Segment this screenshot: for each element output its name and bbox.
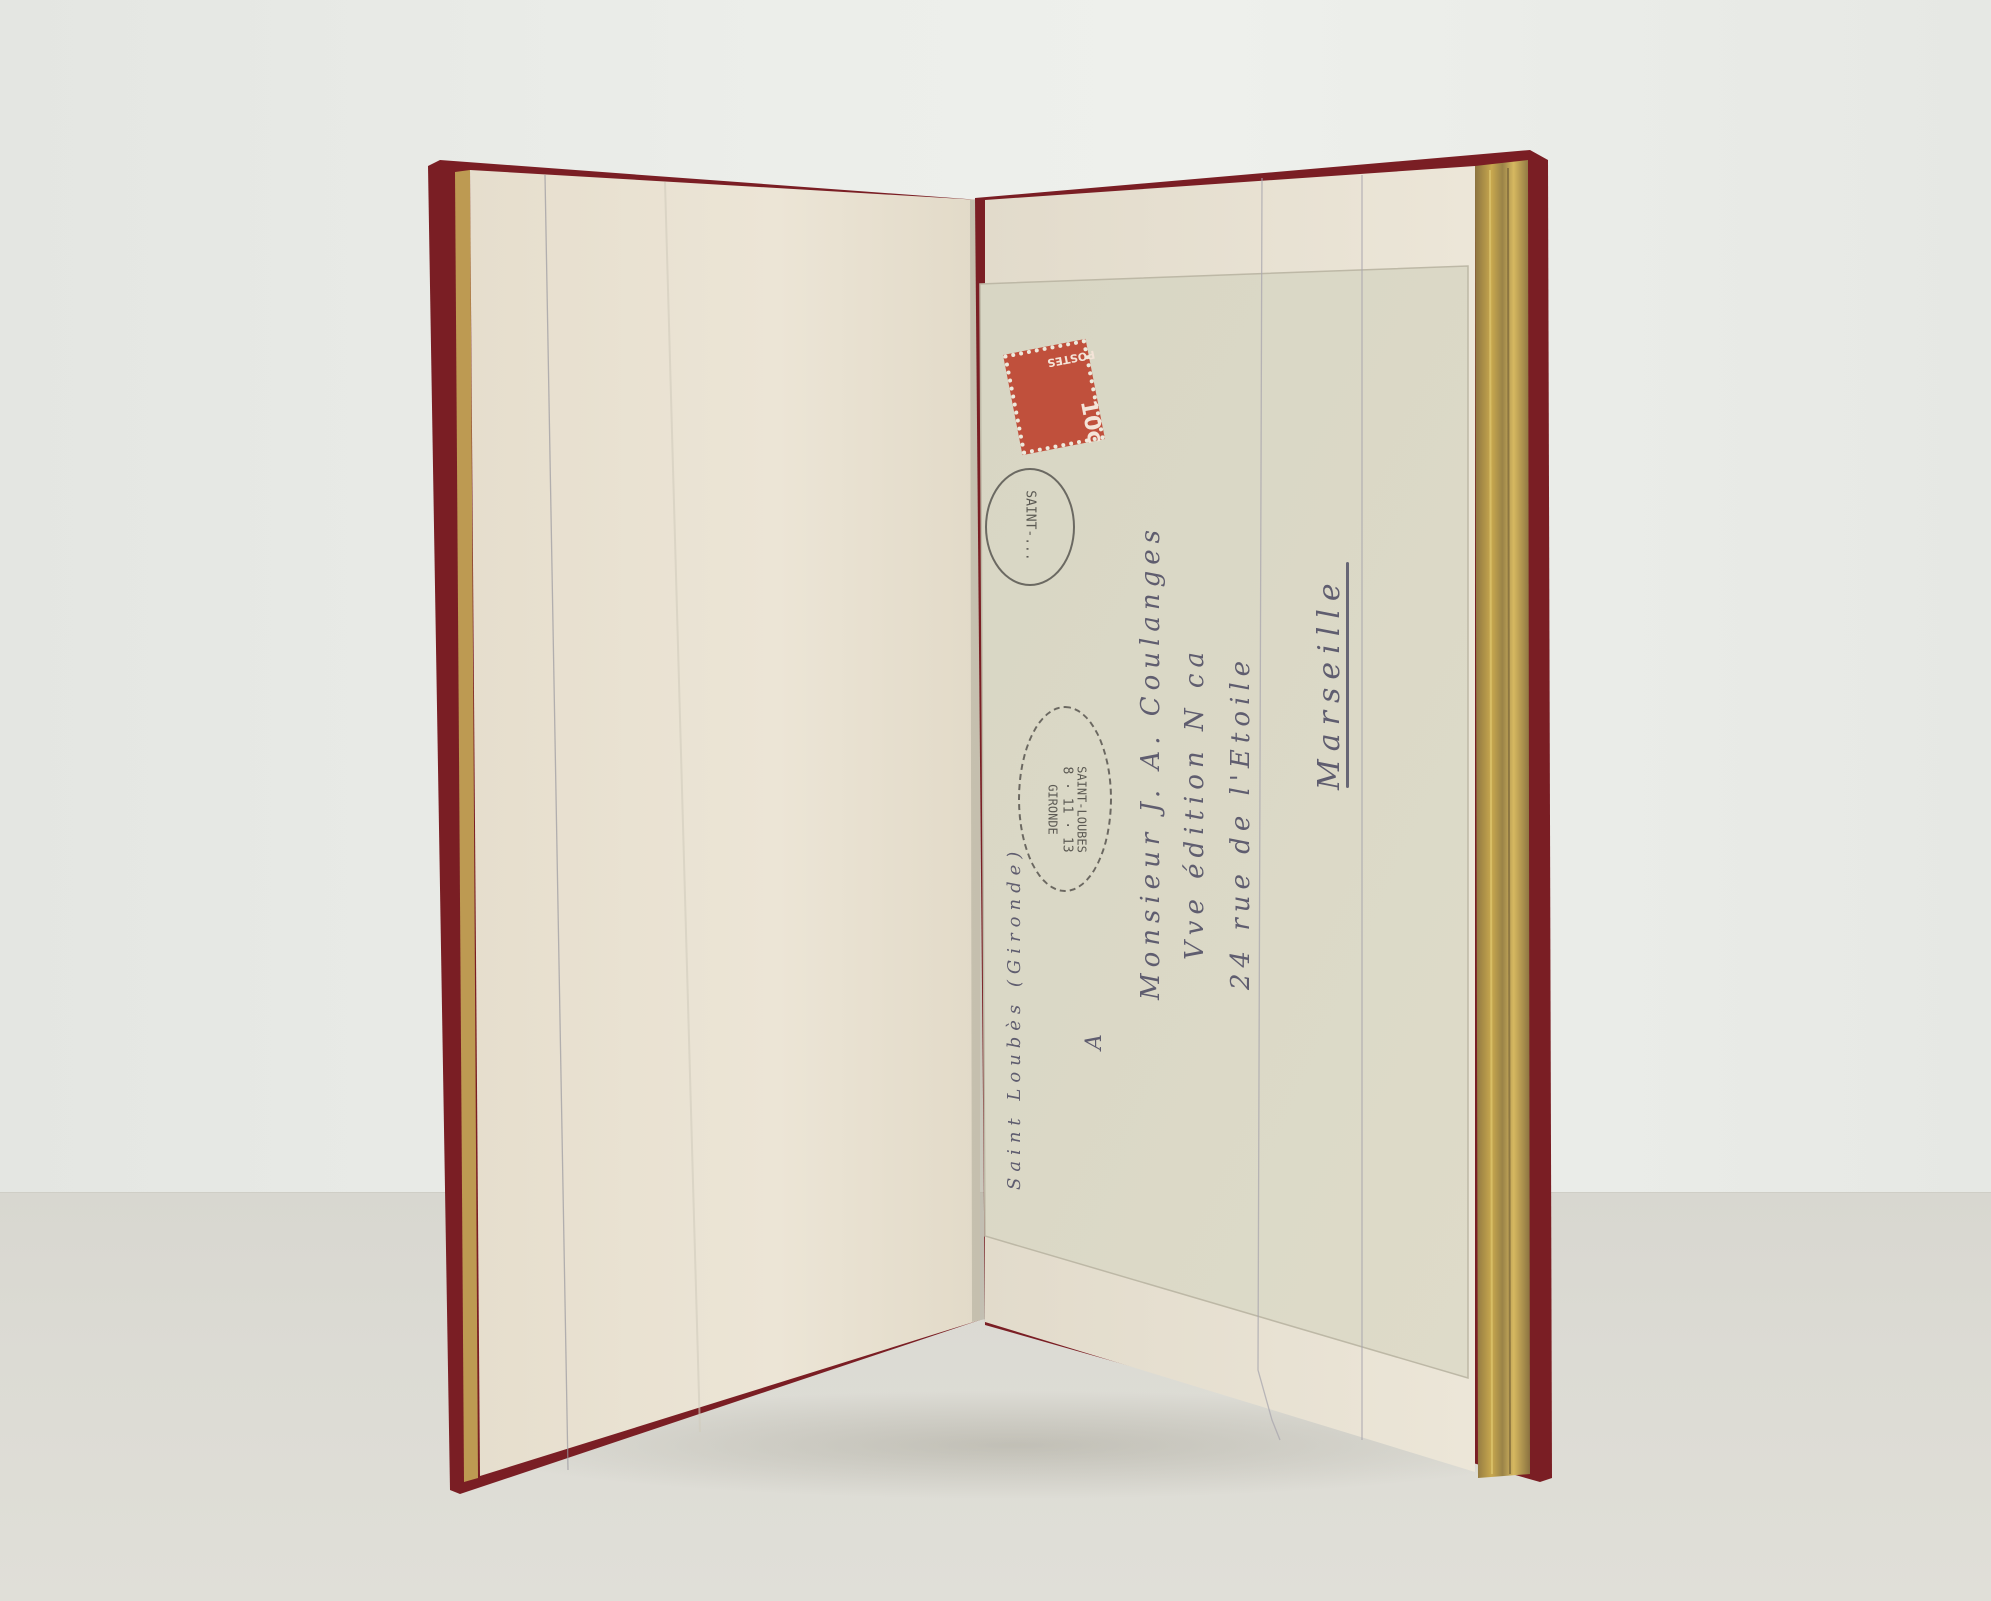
address-line-1: Monsieur J. A. Coulanges: [1136, 524, 1166, 1000]
margin-note: Saint Loubès (Gironde): [1004, 846, 1025, 1190]
stamp-label: POSTES: [1046, 348, 1096, 370]
address-city: Marseille: [1312, 575, 1347, 790]
city-underline: [1346, 562, 1349, 788]
postmark-date-month: 11: [1060, 798, 1075, 814]
address-line-2: Vve édition N ca: [1180, 646, 1210, 960]
left-page: [470, 170, 980, 1476]
postmark-date-day: 8: [1060, 766, 1075, 774]
book-illustration: [0, 0, 1991, 1601]
gilt-fore-edge: [1475, 160, 1530, 1478]
postmark-center: SAINT-LOUBES 8 · 11 · 13 GIRONDE: [1018, 706, 1112, 892]
postmark-department: GIRONDE: [1046, 717, 1060, 903]
postmark-top: SAINT-...: [985, 468, 1075, 586]
postmark-date-year: 13: [1060, 837, 1075, 853]
address-salutation: A: [1082, 1028, 1107, 1050]
postage-stamp: POSTES 10c: [1003, 339, 1105, 455]
postmark-town: SAINT-LOUBES: [1075, 717, 1089, 903]
address-line-3: 24 rue de l'Etoile: [1226, 655, 1256, 990]
